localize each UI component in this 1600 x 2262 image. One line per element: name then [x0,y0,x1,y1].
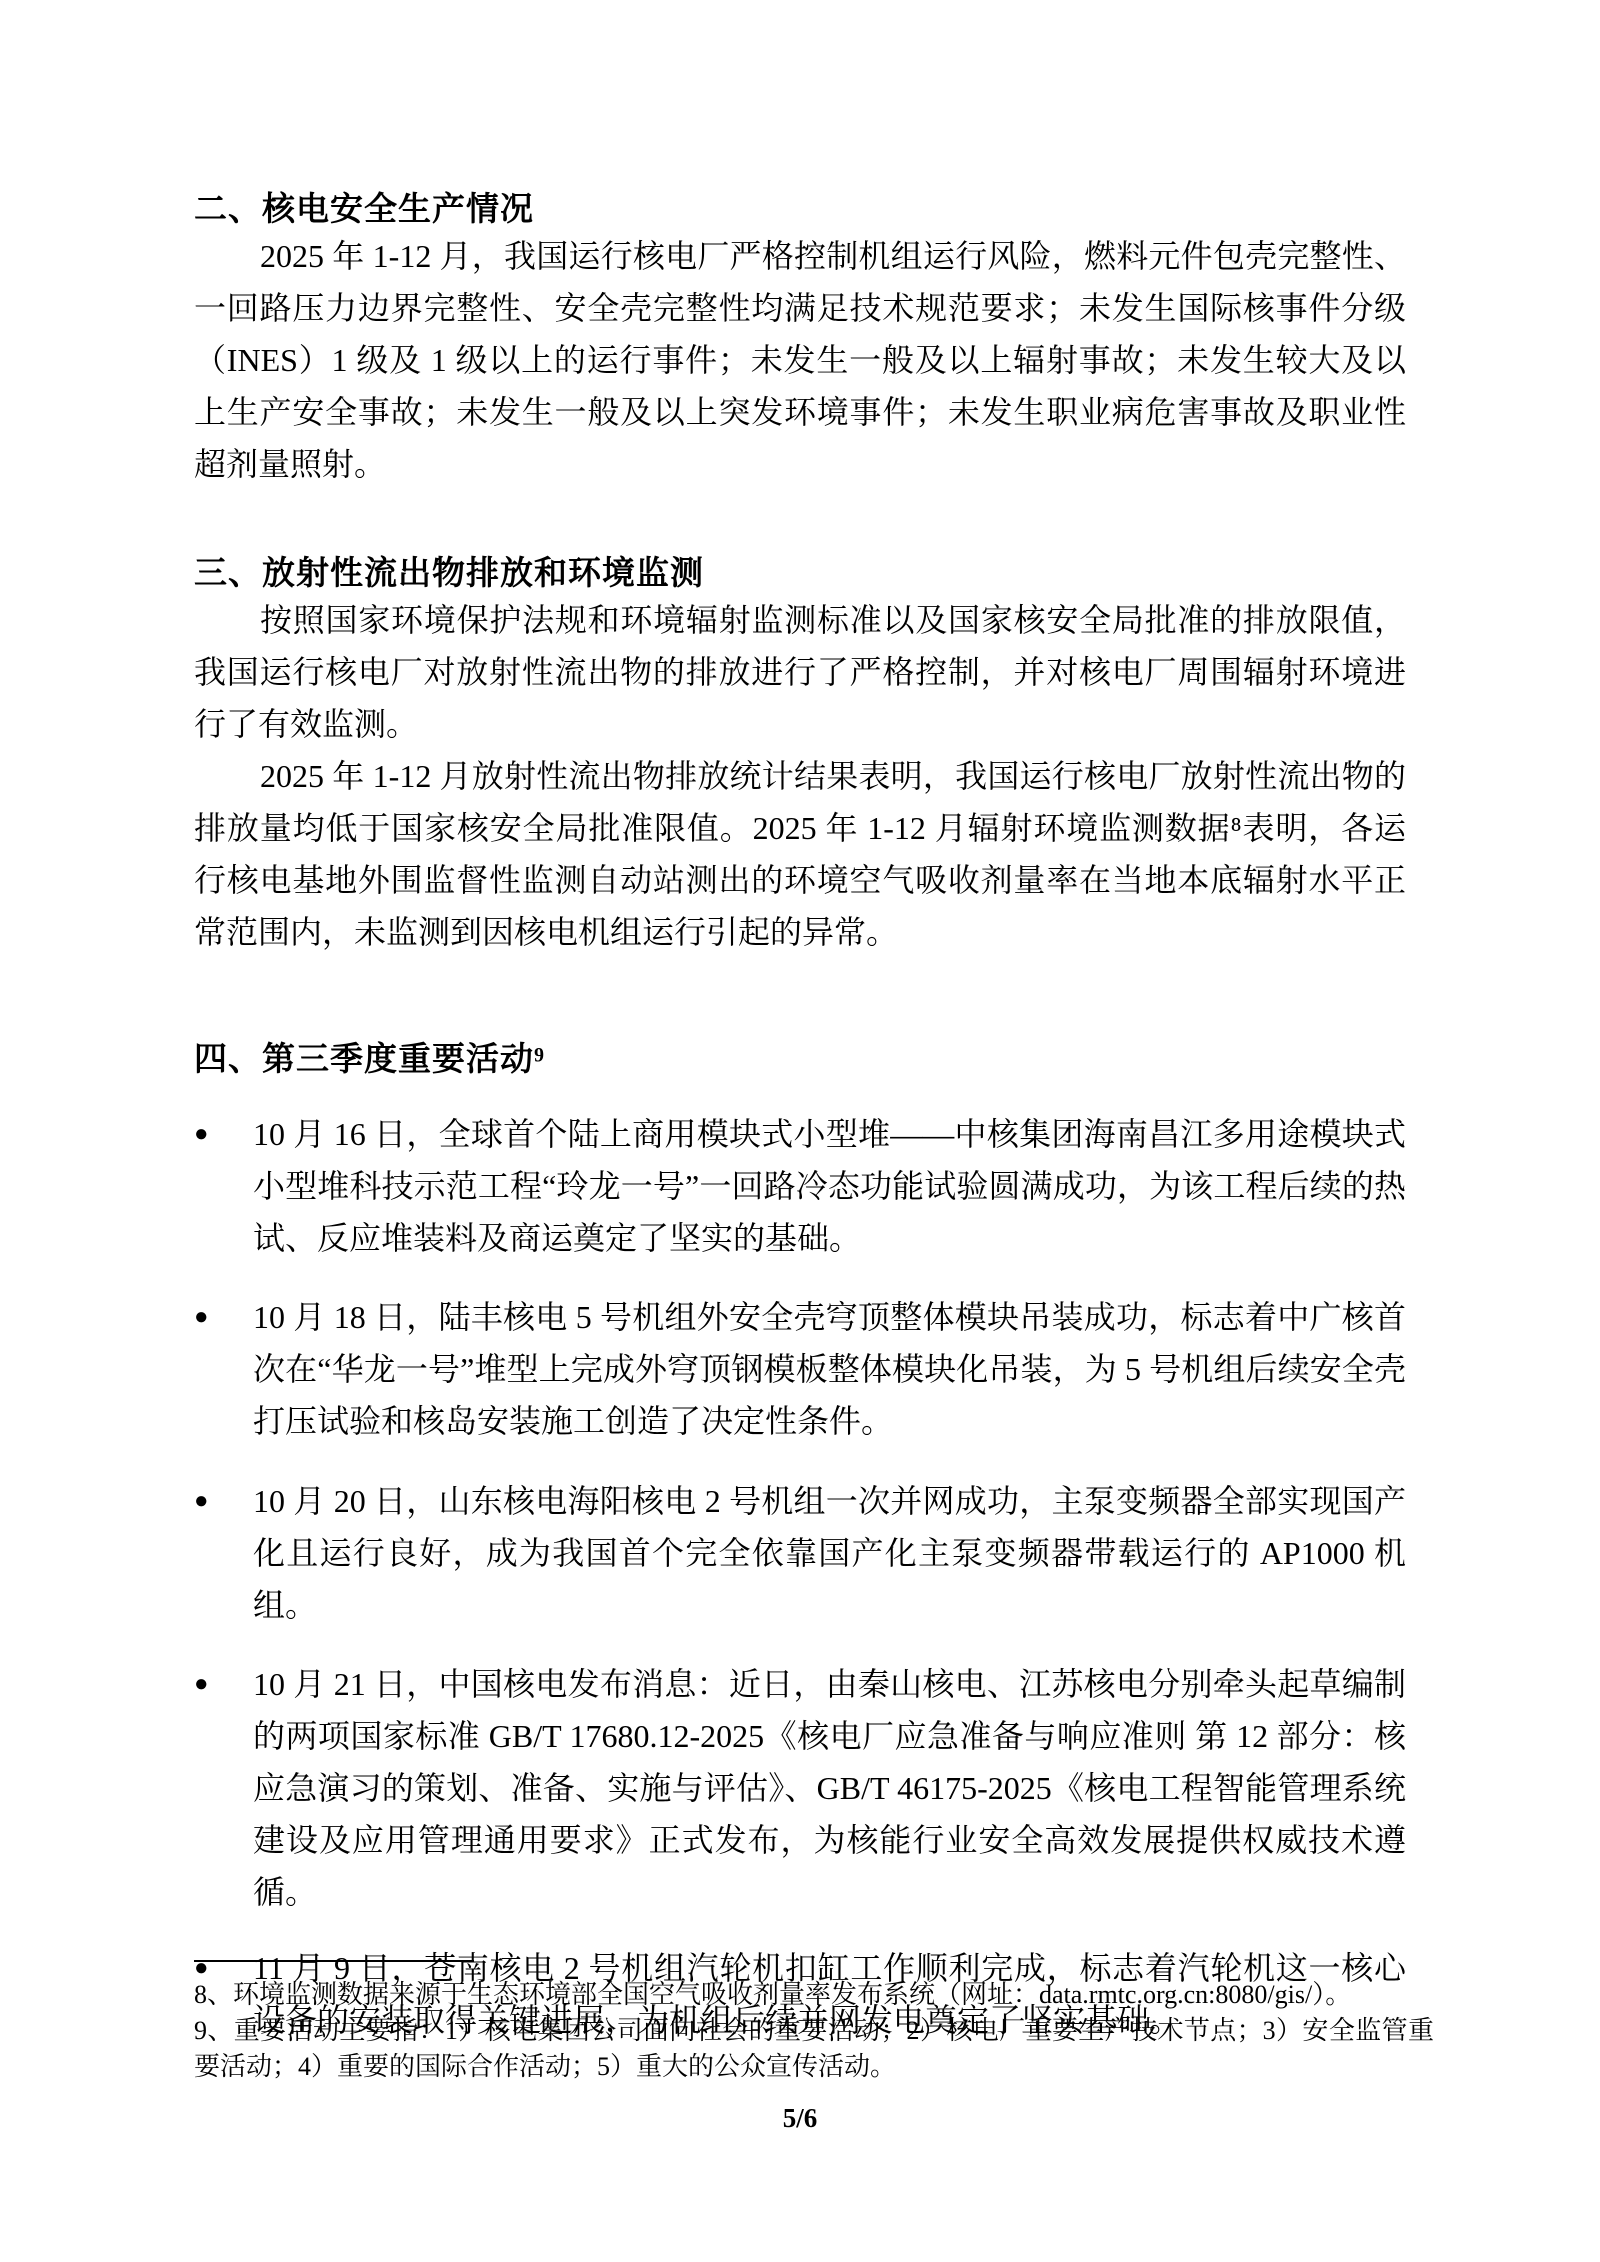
bullet-text: 10 月 21 日，中国核电发布消息：近日，由秦山核电、江苏核电分别牵头起草编制… [253,1658,1406,1918]
document-page: 二、核电安全生产情况 2025 年 1-12 月，我国运行核电厂严格控制机组运行… [0,0,1600,2262]
section-3-paragraph-2: 2025 年 1-12 月放射性流出物排放统计结果表明，我国运行核电厂放射性流出… [194,750,1406,958]
footnote-separator-line [194,1960,474,1962]
bullet-item: ● 10 月 18 日，陆丰核电 5 号机组外安全壳穹顶整体模块吊装成功，标志着… [194,1291,1406,1447]
bullet-list: ● 10 月 16 日，全球首个陆上商用模块式小型堆——中核集团海南昌江多用途模… [194,1108,1406,2046]
footnote-8: 8、环境监测数据来源于生态环境部全国空气吸收剂量率发布系统（网址：data.rm… [194,1977,1434,2013]
section-2: 二、核电安全生产情况 2025 年 1-12 月，我国运行核电厂严格控制机组运行… [194,190,1406,490]
section-3: 三、放射性流出物排放和环境监测 按照国家环境保护法规和环境辐射监测标准以及国家核… [194,554,1406,958]
footnote-area: 8、环境监测数据来源于生态环境部全国空气吸收剂量率发布系统（网址：data.rm… [194,1940,1434,2085]
bullet-item: ● 10 月 21 日，中国核电发布消息：近日，由秦山核电、江苏核电分别牵头起草… [194,1658,1406,1918]
section-4-heading: 四、第三季度重要活动⁹ [194,1040,1406,1080]
page-number: 5/6 [0,2103,1600,2134]
bullet-icon: ● [194,1658,253,1710]
bullet-item: ● 10 月 16 日，全球首个陆上商用模块式小型堆——中核集团海南昌江多用途模… [194,1108,1406,1264]
section-2-heading: 二、核电安全生产情况 [194,190,1406,230]
footnotes: 8、环境监测数据来源于生态环境部全国空气吸收剂量率发布系统（网址：data.rm… [194,1977,1434,2085]
bullet-icon: ● [194,1475,253,1527]
bullet-icon: ● [194,1108,253,1160]
footnote-9: 9、重要活动主要指：1）核电集团公司面向社会的重要活动；2）核电厂重要生产技术节… [194,2013,1434,2085]
section-2-paragraph: 2025 年 1-12 月，我国运行核电厂严格控制机组运行风险，燃料元件包壳完整… [194,230,1406,490]
bullet-icon: ● [194,1291,253,1343]
section-4: 四、第三季度重要活动⁹ ● 10 月 16 日，全球首个陆上商用模块式小型堆——… [194,1040,1406,2046]
bullet-text: 10 月 20 日，山东核电海阳核电 2 号机组一次并网成功，主泵变频器全部实现… [253,1475,1406,1631]
section-3-paragraph-1: 按照国家环境保护法规和环境辐射监测标准以及国家核安全局批准的排放限值，我国运行核… [194,594,1406,750]
bullet-text: 10 月 16 日，全球首个陆上商用模块式小型堆——中核集团海南昌江多用途模块式… [253,1108,1406,1264]
section-3-heading: 三、放射性流出物排放和环境监测 [194,554,1406,594]
bullet-item: ● 10 月 20 日，山东核电海阳核电 2 号机组一次并网成功，主泵变频器全部… [194,1475,1406,1631]
bullet-text: 10 月 18 日，陆丰核电 5 号机组外安全壳穹顶整体模块吊装成功，标志着中广… [253,1291,1406,1447]
